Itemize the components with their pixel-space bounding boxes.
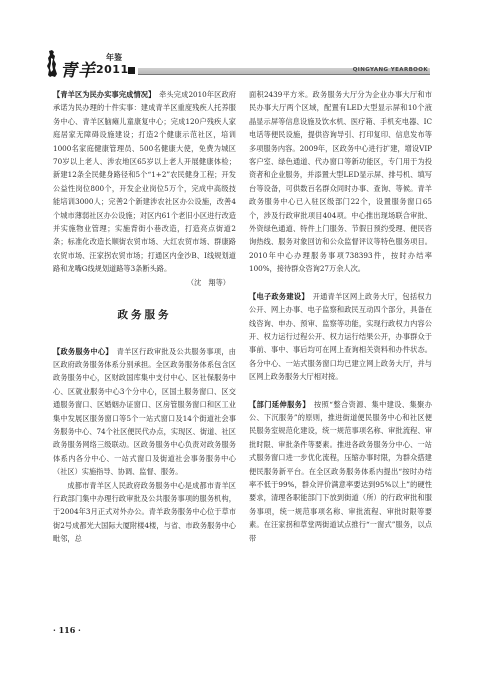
paragraph-text: 牵头完成2010年区政府承诺为民办理的十件实事：建成青羊区重度残疾人托养服务中心…: [53, 90, 236, 273]
paragraph-center-intro: 成都市青羊区人民政府政务服务中心是成都市青羊区行政部门集中办理行政审批及公共服务…: [53, 479, 236, 546]
left-column: 【青羊区为民办实事完成情况】 牵头完成2010年区政府承诺为民办理的十件实事：建…: [53, 88, 236, 546]
paragraph-center-facilities: 面积2439平方米。政务服务大厅分为企业办事大厅和市民办事大厅两个区域，配置有L…: [249, 88, 432, 276]
paragraph-e-government: 【电子政务建设】 开通青羊区网上政务大厅，包括权力公开、网上办事、电子监察和政民…: [249, 290, 432, 384]
logo-title: 青羊: [60, 56, 96, 81]
header-square-icon: [128, 67, 135, 74]
paragraph-gap: [249, 384, 432, 398]
paragraph-text: 按照“整合资源、集中建设、集聚办公、下沉服务”的原则，推进街道便民服务中心和社区…: [249, 400, 432, 543]
paragraph-tag: 【政务服务中心】: [53, 347, 109, 356]
paragraph-tag: 【部门延伸服务】: [249, 400, 306, 409]
logo-year: 2011: [96, 63, 129, 76]
page-number: · 116 ·: [53, 625, 81, 635]
paragraph-service-center: 【政务服务中心】 青羊区行政审批及公共服务事项，由区政府政务服务体系分别承担。全…: [53, 345, 236, 479]
yearbook-logo-figure-icon: [46, 50, 58, 78]
paragraph-text: 开通青羊区网上政务大厅，包括权力公开、网上办事、电子监察和政民互动四个部分，具备…: [249, 292, 432, 381]
right-column: 面积2439平方米。政务服务大厅分为企业办事大厅和市民办事大厅两个区域，配置有L…: [249, 88, 432, 545]
paragraph-practical-affairs: 【青羊区为民办实事完成情况】 牵头完成2010年区政府承诺为民办理的十件实事：建…: [53, 88, 236, 289]
paragraph-gap: [249, 276, 432, 290]
page-header: 青羊 年鉴 2011 QINGYANG YEARBOOK: [46, 48, 430, 80]
section-title: 政务服务: [53, 309, 236, 322]
author-signature: （沈 翔等）: [53, 276, 236, 289]
running-head: QINGYANG YEARBOOK: [353, 67, 428, 73]
logo-yearbook-label: 年鉴: [106, 52, 122, 63]
paragraph-tag: 【青羊区为民办实事完成情况】: [53, 90, 152, 99]
paragraph-text: 青羊区行政审批及公共服务事项，由区政府政务服务体系分别承担。全区政务服务体系包含…: [53, 347, 236, 477]
paragraph-extended-service: 【部门延伸服务】 按照“整合资源、集中建设、集聚办公、下沉服务”的原则，推进街道…: [249, 398, 432, 545]
paragraph-tag: 【电子政务建设】: [249, 292, 305, 301]
